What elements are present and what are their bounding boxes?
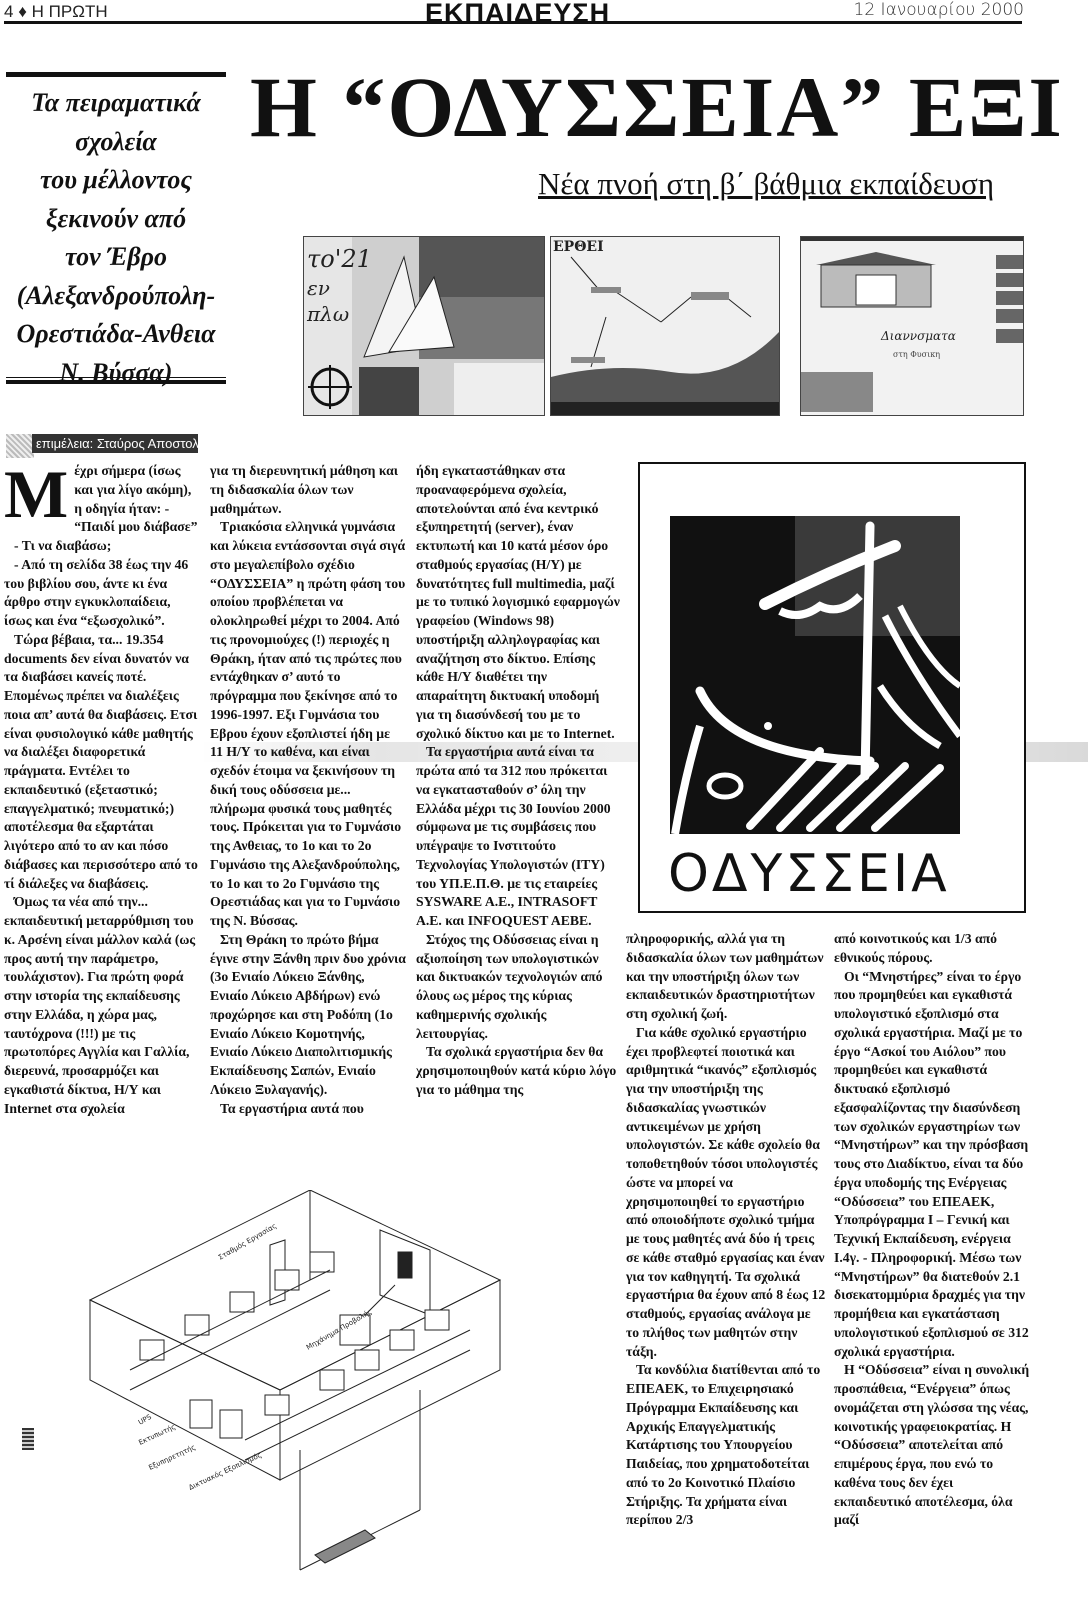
paragraph: Στόχος της Οδύσσειας είναι η αξιοποίηση … (416, 931, 620, 1044)
paragraph: Τριακόσια ελληνικά γυμνάσια και λύκεια ε… (210, 518, 406, 931)
sidebar-title-line: του μέλλοντος (6, 161, 226, 200)
paragraph: Τα κονδύλια διατίθενται από το ΕΠΕΑΕΚ, τ… (626, 1361, 826, 1530)
scan-mark (22, 1428, 34, 1450)
paragraph: - Από τη σελίδα 38 έως την 46 του βιβλίο… (4, 556, 200, 631)
svg-text:στη Φυσικη: στη Φυσικη (893, 350, 940, 359)
physics-museum-image: Διαννσματα στη Φυσικη (801, 237, 1023, 415)
odysseia-logo: ΟΔΥΣΣΕΙΑ (638, 462, 1026, 913)
byline-decoration (6, 434, 34, 458)
paragraph: Τώρα βέβαια, τα... 19.354 documents δεν … (4, 631, 200, 894)
paragraph: Η “Οδύσσεια” είναι η συνολική προσπάθεια… (834, 1361, 1034, 1530)
software-screenshot-physics: Διαννσματα στη Φυσικη (800, 236, 1024, 416)
sidebar-rule-bottom-thick (6, 380, 226, 384)
svg-text:το'21: το'21 (307, 245, 372, 273)
logo-wordmark: ΟΔΥΣΣΕΙΑ (668, 848, 950, 900)
ship-logo-icon (670, 516, 960, 834)
svg-text:Διαννσματα: Διαννσματα (880, 329, 956, 343)
paragraph: - Τι να διαβάσω; (4, 537, 200, 556)
newspaper-name: Η ΠΡΩΤΗ (32, 2, 108, 21)
paragraph: Τα σχολικά εργαστήρια δεν θα χρησιμοποιη… (416, 1043, 620, 1099)
issue-date: 12 Ιανουαρίου 2000 (854, 0, 1024, 20)
header-rule (4, 21, 1022, 24)
paragraph: Όμως τα νέα από την... εκπαιδευτική μετα… (4, 893, 200, 1118)
paragraph: Οι “Μνηστήρες” είναι το έργο που προμηθε… (834, 968, 1034, 1362)
software-screenshot-history: το'21 εν πλω (303, 236, 545, 416)
paragraph: Στη Θράκη το πρώτο βήμα έγινε στην Ξάνθη… (210, 931, 406, 1100)
svg-text:Εξυπηρετητής: Εξυπηρετητής (147, 1443, 196, 1472)
sidebar-title-line: τον Έβρο (6, 238, 226, 277)
article-column-2: για τη διερευνητική μάθηση και τη διδασκ… (210, 462, 406, 1118)
sidebar-title-line: Τα πειραματικά (6, 84, 226, 123)
sidebar-title-line: Ν. Βύσσα) (6, 354, 226, 393)
article-column-5: από κοινοτικούς και 1/3 από εθνικούς πόρ… (834, 930, 1034, 1530)
isometric-lab-illustration: Σταθμός Εργασίας Μηχάνημα Προβολής UPS Ε… (70, 1190, 520, 1590)
sidebar-title-line: ξεκινούν από (6, 200, 226, 239)
section-title: ΕΚΠΑΙΔΕΥΣΗ (425, 0, 610, 29)
headline: Η “ΟΔΥΣΣΕΙΑ” ΕΞΙ (250, 62, 1064, 152)
sidebar-title-line: σχολεία (6, 123, 226, 162)
paragraph: για τη διερευνητική μάθηση και τη διδασκ… (210, 462, 406, 518)
ship-collage-image: το'21 εν πλω (304, 237, 544, 415)
byline: επιμέλεια: Σταύρος Αποστολίδης (32, 434, 198, 453)
page-header-left: 4 ♦ Η ΠΡΩΤΗ (4, 2, 108, 22)
sidebar-title-line: (Αλεξανδρούπολη- (6, 277, 226, 316)
sidebar-title-line: Ορεστιάδα-Ανθεια (6, 315, 226, 354)
page-number: 4 (4, 2, 13, 21)
paragraph: ήδη εγκαταστάθηκαν στα προαναφερόμενα σχ… (416, 462, 620, 743)
paragraph: από κοινοτικούς και 1/3 από εθνικούς πόρ… (834, 930, 1034, 968)
article-column-1: Μ έχρι σήμερα (ίσως και για λίγο ακόμη),… (4, 462, 200, 1118)
paragraph: Τα εργαστήρια αυτά που (210, 1100, 406, 1119)
svg-text:ΕΡΘΕΙ: ΕΡΘΕΙ (553, 239, 604, 255)
separator: ♦ (18, 2, 27, 21)
sidebar-rule-top (6, 72, 226, 77)
svg-text:Εκτυπωτής: Εκτυπωτής (137, 1423, 176, 1447)
subheadline: Νέα πνοή στη β΄ βάθμια εκπαίδευση (538, 166, 994, 202)
svg-text:UPS: UPS (137, 1413, 153, 1427)
paragraph: πληροφορικής, αλλά για τη διδασκαλία όλω… (626, 930, 826, 1024)
svg-text:πλω: πλω (306, 302, 349, 326)
drop-cap: Μ (4, 466, 68, 522)
svg-text:εν: εν (307, 276, 330, 300)
paragraph: Για κάθε σχολικό εργαστήριο έχει προβλεφ… (626, 1024, 826, 1362)
paragraph: Τα εργαστήρια αυτά είναι τα πρώτα από τα… (416, 743, 620, 931)
svg-text:Δικτυακός Εξοπλισμός: Δικτυακός Εξοπλισμός (187, 1451, 262, 1492)
computer-lab-diagram: Σταθμός Εργασίας Μηχάνημα Προβολής UPS Ε… (70, 1190, 520, 1590)
sidebar-title: Τα πειραματικά σχολεία του μέλλοντος ξεκ… (6, 84, 226, 392)
software-screenshot-concept-map: ΕΡΘΕΙ (550, 236, 780, 416)
sidebar-rule-bottom (6, 377, 226, 378)
concept-map-image: ΕΡΘΕΙ (551, 237, 779, 415)
article-column-4: πληροφορικής, αλλά για τη διδασκαλία όλω… (626, 930, 826, 1530)
svg-text:Σταθμός Εργασίας: Σταθμός Εργασίας (217, 1222, 278, 1262)
article-column-3: ήδη εγκαταστάθηκαν στα προαναφερόμενα σχ… (416, 462, 620, 1100)
